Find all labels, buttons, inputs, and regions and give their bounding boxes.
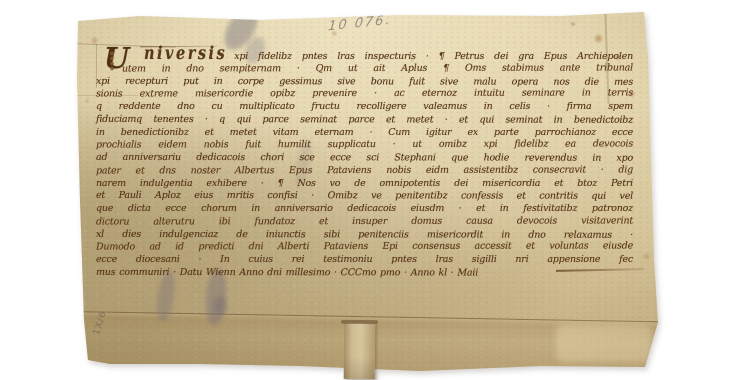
manuscript-photo: 10 076. 1X/6 U niversisxpi fidelibz pnte… [0, 0, 737, 380]
seal-tag-slot [341, 320, 378, 324]
seal-tag [344, 323, 376, 379]
parchment-wrap: 10 076. 1X/6 U niversisxpi fidelibz pnte… [0, 0, 737, 380]
